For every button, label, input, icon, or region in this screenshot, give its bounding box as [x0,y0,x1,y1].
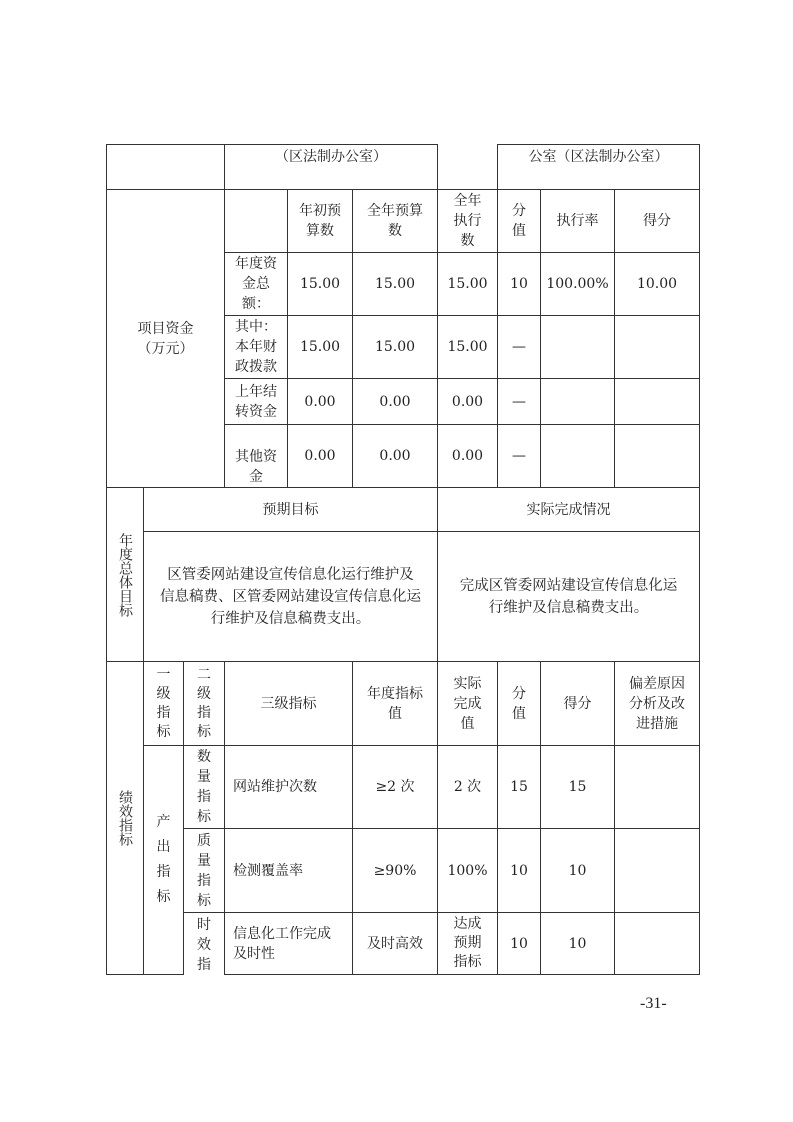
funds-row-label: 上年结 转资金 [224,378,288,425]
funds-cell-executed: 15.00 [437,252,498,316]
perf-actual: 100% [437,828,498,913]
funds-cell-rate [540,424,615,488]
funds-cell-weight: — [497,424,541,488]
goals-actual-header: 实际完成情况 [437,487,700,532]
perf-deviation [614,828,700,913]
funds-cell-weight: — [497,315,541,379]
funds-cell-rate [540,315,615,379]
perf-score: 10 [540,912,615,975]
goals-actual-text: 完成区管委网站建设宣传信息化运 行维护及信息稿费支出。 [437,531,700,662]
performance-section-label: 绩效指标 [106,661,144,975]
funds-col-annual-budget: 全年预算 数 [352,189,438,253]
document-page: （区法制办公室） 公室（区法制办公室） 项目资金 （万元） 年初预 算数 全年预… [0,0,793,1122]
funds-col-initial-budget: 年初预 算数 [287,189,353,253]
perf-score: 10 [540,828,615,913]
funds-cell-initial: 0.00 [287,378,353,425]
funds-cell-initial: 0.00 [287,424,353,488]
header-middle-blank [437,144,498,190]
perf-level3: 信息化工作完成 及时性 [224,912,353,975]
funds-cell-rate [540,378,615,425]
funds-cell-executed: 0.00 [437,424,498,488]
page-number: -31- [640,995,667,1013]
funds-cell-rate: 100.00% [540,252,615,316]
perf-level2: 质 量 指 标 [183,828,225,913]
funds-cell-score: 10.00 [614,252,700,316]
perf-level2: 数 量 指 标 [183,745,225,829]
perf-target: ≥90% [352,828,438,913]
perf-level2: 时 效 指 [183,912,225,975]
funds-cell-weight: 10 [497,252,541,316]
perf-col-target: 年度指标 值 [352,661,438,746]
goals-expected-header: 预期目标 [143,487,438,532]
perf-col-deviation: 偏差原因 分析及改 进措施 [614,661,700,746]
funds-cell-annual: 15.00 [352,315,438,379]
perf-actual: 2 次 [437,745,498,829]
funds-col-blank [224,189,288,253]
perf-col-weight: 分 值 [497,661,541,746]
funds-cell-initial: 15.00 [287,252,353,316]
funds-section-label: 项目资金 （万元） [106,189,225,488]
header-blank-cell [106,144,225,190]
goals-section-label-text: 年度总体目标 [116,533,134,617]
funds-cell-weight: — [497,378,541,425]
funds-cell-score [614,315,700,379]
goals-expected-text: 区管委网站建设宣传信息化运行维护及 信息稿费、区管委网站建设宣传信息化运 行维护… [143,531,438,662]
header-dept-right: 公室（区法制办公室） [497,144,700,190]
perf-col-level2: 二 级 指 标 [183,661,225,746]
funds-row-label: 其中： 本年财 政拨款 [224,315,288,379]
performance-section-label-text: 绩效指标 [116,790,134,846]
header-dept-left: （区法制办公室） [224,144,438,190]
funds-col-rate: 执行率 [540,189,615,253]
funds-cell-score [614,424,700,488]
perf-col-level3: 三级指标 [224,661,353,746]
perf-deviation [614,745,700,829]
perf-weight: 10 [497,828,541,913]
perf-target: 及时高效 [352,912,438,975]
perf-level1-output: 产 出 指 标 [143,745,184,975]
perf-col-level1: 一 级 指 标 [143,661,184,746]
funds-cell-initial: 15.00 [287,315,353,379]
funds-col-executed: 全年 执行 数 [437,189,498,253]
perf-level3: 网站维护次数 [224,745,353,829]
perf-level3: 检测覆盖率 [224,828,353,913]
funds-cell-annual: 0.00 [352,424,438,488]
funds-cell-annual: 0.00 [352,378,438,425]
perf-col-actual: 实际 完成 值 [437,661,498,746]
funds-cell-score [614,378,700,425]
perf-col-score: 得分 [540,661,615,746]
funds-cell-annual: 15.00 [352,252,438,316]
funds-cell-executed: 15.00 [437,315,498,379]
funds-col-score: 得分 [614,189,700,253]
perf-deviation [614,912,700,975]
funds-col-weight: 分 值 [497,189,541,253]
funds-row-label: 其他资 金 [224,424,288,488]
perf-weight: 10 [497,912,541,975]
funds-cell-executed: 0.00 [437,378,498,425]
funds-row-label: 年度资 金总 额： [224,252,288,316]
goals-section-label: 年度总体目标 [106,487,144,662]
perf-score: 15 [540,745,615,829]
perf-weight: 15 [497,745,541,829]
perf-target: ≥2 次 [352,745,438,829]
perf-actual: 达成 预期 指标 [437,912,498,975]
